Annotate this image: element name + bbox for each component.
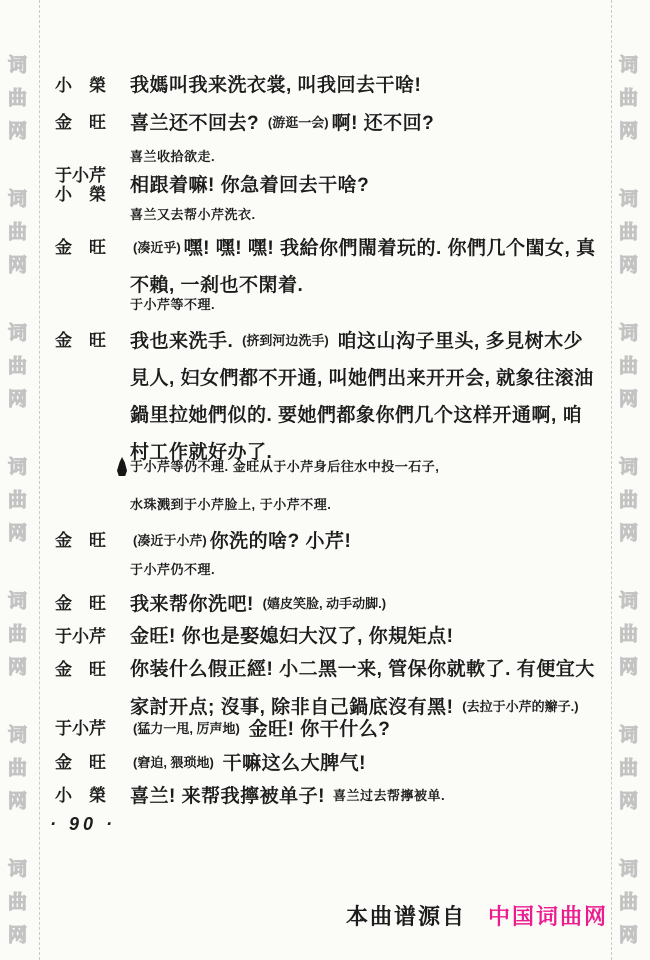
parenthetical: (凑近乎) xyxy=(133,240,181,255)
dialogue-row: 于小芹 小 榮 相跟着嘛! 你急着回去干啥? xyxy=(55,166,600,204)
stage-direction: 于小芹等不理. xyxy=(130,295,215,315)
margin-rule-right xyxy=(611,0,612,960)
stage-direction: 喜兰又去帮小芹洗衣. xyxy=(130,205,256,225)
dialogue-text: 金旺! 你也是娶媳妇大汉了, 你規矩点! xyxy=(130,618,600,655)
watermark-text: 网 xyxy=(619,389,638,411)
watermark-text: 曲 xyxy=(8,624,27,646)
dialogue-row: 金 旺 (凑近乎)嘿! 嘿! 嘿! 我給你們閙着玩的. 你們几个閨女, 真不賴,… xyxy=(55,229,600,304)
watermark-text: 词 xyxy=(8,591,27,613)
source-credit-text: 本曲谱源自 xyxy=(346,904,466,929)
speaker-name: 于小芹 小 榮 xyxy=(55,166,113,204)
dialogue-row: 金 旺 喜兰还不回去? (游逛一会)啊! 还不回? xyxy=(55,104,600,142)
stage-direction: 喜兰收拾欲走. xyxy=(130,147,215,167)
watermark-text: 网 xyxy=(619,523,638,545)
watermark-text: 网 xyxy=(8,121,27,143)
dialogue-row: 金 旺 我也来洗手. (挤到河边洗手) 咱这山沟子里头, 多見树木少見人, 妇女… xyxy=(55,322,600,471)
parenthetical: (嬉皮笑脸, 动手动脚.) xyxy=(263,596,387,611)
stage-direction: 于小芹等仍不理. 金旺从于小芹身后往水中投一石子, xyxy=(130,457,439,477)
dialogue-row: 小 榮 喜兰! 来帮我擰被单子!喜兰过去帮擰被单. xyxy=(55,777,600,815)
stage-direction: 水珠溅到于小芹脸上, 于小芹不理. xyxy=(130,495,331,515)
speaker-name: 金 旺 xyxy=(55,104,113,141)
watermark-group: 词曲网 xyxy=(8,457,27,545)
watermark-text: 词 xyxy=(619,189,638,211)
watermark-text: 曲 xyxy=(8,758,27,780)
source-credit: 本曲谱源自中国词曲网 xyxy=(346,900,608,931)
watermark-text: 词 xyxy=(619,725,638,747)
watermark-text: 曲 xyxy=(619,624,638,646)
watermark-text: 网 xyxy=(8,255,27,277)
watermark-text: 曲 xyxy=(619,356,638,378)
dialogue-text: 我媽叫我来洗衣裳, 叫我回去干啥! xyxy=(130,67,600,104)
watermark-text: 网 xyxy=(8,523,27,545)
watermark-text: 词 xyxy=(619,591,638,613)
watermark-text: 曲 xyxy=(8,892,27,914)
watermark-group: 词曲网 xyxy=(8,323,27,411)
parenthetical: (凑近于小芹) xyxy=(133,533,207,548)
speaker-name: 小 榮 xyxy=(55,777,113,814)
dialogue-text: 我也来洗手. (挤到河边洗手) 咱这山沟子里头, 多見树木少見人, 妇女們都不开… xyxy=(130,322,600,471)
watermark-text: 曲 xyxy=(619,222,638,244)
dialogue-row: 小 榮 我媽叫我来洗衣裳, 叫我回去干啥! xyxy=(55,67,600,104)
watermark-text: 词 xyxy=(8,457,27,479)
watermark-text: 词 xyxy=(8,323,27,345)
dialogue-text: (凑近乎)嘿! 嘿! 嘿! 我給你們閙着玩的. 你們几个閨女, 真不賴, 一刹也… xyxy=(130,229,600,304)
speaker-name: 金 旺 xyxy=(55,651,113,688)
dialogue-text: (凑近于小芹)你洗的啥? 小芹! xyxy=(130,522,600,560)
watermark-group: 词曲网 xyxy=(8,55,27,143)
watermark-group: 词曲网 xyxy=(619,457,638,545)
speaker-name: 于小芹 xyxy=(55,618,113,655)
speaker-name: 金 旺 xyxy=(55,322,113,359)
watermark-text: 曲 xyxy=(619,88,638,110)
stage-direction-inline: 喜兰过去帮擰被单. xyxy=(333,788,445,803)
watermark-text: 词 xyxy=(8,725,27,747)
watermark-group: 词曲网 xyxy=(8,189,27,277)
stage-direction: 于小芹仍不理. xyxy=(130,560,215,580)
speaker-name: 金 旺 xyxy=(55,585,113,622)
watermark-group: 词曲网 xyxy=(619,323,638,411)
dialogue-row: 于小芹 金旺! 你也是娶媳妇大汉了, 你規矩点! xyxy=(55,618,600,655)
watermark-text: 网 xyxy=(619,121,638,143)
dialogue-text: 喜兰还不回去? (游逛一会)啊! 还不回? xyxy=(130,104,600,142)
watermark-text: 曲 xyxy=(619,490,638,512)
watermark-text: 词 xyxy=(619,55,638,77)
watermark-text: 曲 xyxy=(619,892,638,914)
watermark-text: 网 xyxy=(8,925,27,947)
watermark-text: 网 xyxy=(619,657,638,679)
watermark-group: 词曲网 xyxy=(619,859,638,947)
watermark-group: 词曲网 xyxy=(619,189,638,277)
watermark-text: 曲 xyxy=(8,222,27,244)
watermark-group: 词曲网 xyxy=(8,591,27,679)
watermark-group: 词曲网 xyxy=(8,725,27,813)
watermark-text: 曲 xyxy=(619,758,638,780)
parenthetical: (猛力一甩, 厉声地) xyxy=(133,721,240,736)
dialogue-text: 相跟着嘛! 你急着回去干啥? xyxy=(130,167,600,204)
margin-rule-left xyxy=(39,0,40,960)
watermark-text: 曲 xyxy=(8,490,27,512)
watermark-text: 词 xyxy=(8,189,27,211)
watermark-group: 词曲网 xyxy=(619,725,638,813)
dialogue-text: 喜兰! 来帮我擰被单子!喜兰过去帮擰被单. xyxy=(130,777,600,815)
speaker-name: 于小芹 xyxy=(55,710,113,747)
speaker-name: 金 旺 xyxy=(55,744,113,781)
watermark-text: 词 xyxy=(619,859,638,881)
script-page: 词曲网词曲网词曲网词曲网词曲网词曲网词曲网 词曲网词曲网词曲网词曲网词曲网词曲网… xyxy=(0,0,650,960)
watermark-text: 词 xyxy=(619,457,638,479)
speaker-name: 小 榮 xyxy=(55,67,113,104)
watermark-text: 词 xyxy=(8,55,27,77)
dialogue-row: 于小芹 (猛力一甩, 厉声地) 金旺! 你干什么? xyxy=(55,710,600,748)
watermark-text: 网 xyxy=(8,657,27,679)
parenthetical: (游逛一会) xyxy=(268,115,329,130)
dialogue-text: (猛力一甩, 厉声地) 金旺! 你干什么? xyxy=(130,710,600,748)
watermark-text: 词 xyxy=(619,323,638,345)
page-number: · 90 · xyxy=(50,814,116,835)
watermark-text: 网 xyxy=(8,389,27,411)
parenthetical: (挤到河边洗手) xyxy=(242,333,329,348)
watermark-column-left: 词曲网词曲网词曲网词曲网词曲网词曲网词曲网 xyxy=(8,55,27,947)
watermark-text: 网 xyxy=(619,925,638,947)
speaker-name: 金 旺 xyxy=(55,229,113,266)
brand-text: 中国词曲网 xyxy=(488,904,608,929)
watermark-group: 词曲网 xyxy=(8,859,27,947)
watermark-text: 网 xyxy=(619,255,638,277)
watermark-text: 网 xyxy=(619,791,638,813)
watermark-text: 曲 xyxy=(8,88,27,110)
parenthetical: (窘迫, 猥琐地) xyxy=(133,755,214,770)
dialogue-row: 金 旺 (凑近于小芹)你洗的啥? 小芹! xyxy=(55,522,600,560)
watermark-text: 网 xyxy=(8,791,27,813)
watermark-group: 词曲网 xyxy=(619,591,638,679)
watermark-column-right: 词曲网词曲网词曲网词曲网词曲网词曲网词曲网 xyxy=(619,55,638,947)
watermark-group: 词曲网 xyxy=(619,55,638,143)
watermark-text: 曲 xyxy=(8,356,27,378)
watermark-text: 词 xyxy=(8,859,27,881)
speaker-name: 金 旺 xyxy=(55,522,113,559)
